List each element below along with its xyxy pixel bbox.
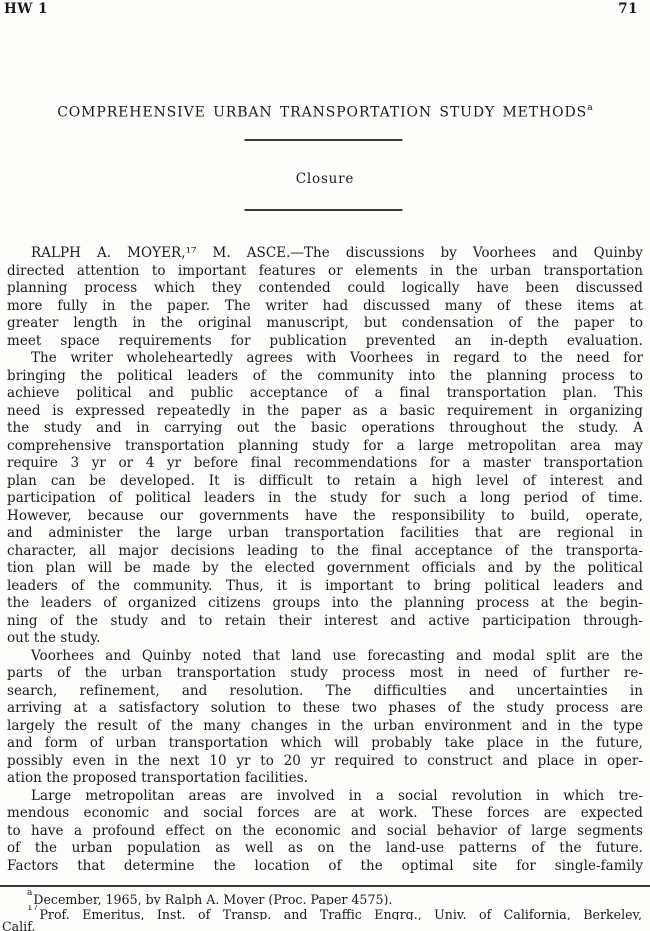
text-line: largely the result of the many changes i…: [7, 718, 643, 736]
text-line: the study and in carrying out the basic …: [7, 420, 643, 438]
text-line: the leaders of organized citizens groups…: [7, 595, 643, 613]
text-line: need is expressed repeatedly in the pape…: [7, 403, 643, 421]
article-title: COMPREHENSIVE URBAN TRANSPORTATION STUDY…: [0, 103, 650, 121]
text-line: more fully in the paper. The writer had …: [7, 298, 643, 316]
article-title-text: COMPREHENSIVE URBAN TRANSPORTATION STUDY…: [57, 105, 587, 121]
text-line: leaders of the community. Thus, it is im…: [7, 578, 643, 596]
paragraph: Voorhees and Quinby noted that land use …: [7, 648, 643, 788]
text-line: out the study.: [7, 630, 643, 648]
text-line: of the urban population as well as on th…: [7, 840, 643, 858]
text-line: The writer wholeheartedly agrees with Vo…: [7, 350, 643, 368]
title-footnote-marker: a: [587, 102, 593, 113]
text-line: aDecember, 1965, by Ralph A. Moyer (Proc…: [2, 890, 642, 905]
text-line: require 3 yr or 4 yr before final recomm…: [7, 455, 643, 473]
text-line: comprehensive transportation planning st…: [7, 438, 643, 456]
paragraph: RALPH A. MOYER,¹⁷ M. ASCE.—The discussio…: [7, 245, 643, 350]
text-line: Calif.: [2, 920, 642, 931]
text-line: planning process which they contended co…: [7, 280, 643, 298]
article-body: RALPH A. MOYER,¹⁷ M. ASCE.—The discussio…: [7, 245, 643, 875]
text-line: mendous economic and social forces are a…: [7, 805, 643, 823]
text-line: Factors that determine the location of t…: [7, 858, 643, 876]
footnotes: aDecember, 1965, by Ralph A. Moyer (Proc…: [2, 890, 642, 931]
text-line: bringing the political leaders of the co…: [7, 368, 643, 386]
running-header: HW 1 71: [4, 1, 638, 17]
text-line: plan can be developed. It is difficult t…: [7, 473, 643, 491]
footnote-separator: [0, 885, 650, 887]
text-line: Voorhees and Quinby noted that land use …: [7, 648, 643, 666]
paragraph: The writer wholeheartedly agrees with Vo…: [7, 350, 643, 648]
running-header-left: HW 1: [4, 1, 48, 17]
text-line: arriving at a satisfactory solution to t…: [7, 700, 643, 718]
text-line: ning of the study and to retain their in…: [7, 613, 643, 631]
text-line: directed attention to important features…: [7, 263, 643, 281]
text-line: achieve political and public acceptance …: [7, 385, 643, 403]
paragraph: aDecember, 1965, by Ralph A. Moyer (Proc…: [2, 890, 642, 905]
section-heading-closure: Closure: [0, 171, 650, 187]
footnote-marker: 17: [27, 905, 38, 913]
text-line: to have a profound effect on the economi…: [7, 823, 643, 841]
closure-rule-bottom: [244, 209, 402, 211]
text-line: parts of the urban transportation study …: [7, 665, 643, 683]
text-line: ation the proposed transportation facili…: [7, 770, 643, 788]
text-line: Large metropolitan areas are involved in…: [7, 788, 643, 806]
text-line: possibly even in the next 10 yr to 20 yr…: [7, 753, 643, 771]
text-line: participation of political leaders in th…: [7, 490, 643, 508]
scanned-page: HW 1 71 COMPREHENSIVE URBAN TRANSPORTATI…: [0, 0, 650, 931]
text-line: RALPH A. MOYER,¹⁷ M. ASCE.—The discussio…: [7, 245, 643, 263]
text-line: However, because our governments have th…: [7, 508, 643, 526]
text-line: meet space requirements for publication …: [7, 333, 643, 351]
text-line: search, refinement, and resolution. The …: [7, 683, 643, 701]
footnote-marker: a: [27, 890, 32, 898]
text-line: tion plan will be made by the elected go…: [7, 560, 643, 578]
text-line: 17Prof. Emeritus, Inst. of Transp. and T…: [2, 905, 642, 920]
page-number: 71: [618, 1, 638, 17]
paragraph: Large metropolitan areas are involved in…: [7, 788, 643, 876]
text-line: character, all major decisions leading t…: [7, 543, 643, 561]
closure-rule-top: [244, 139, 402, 141]
text-line: and form of urban transportation which w…: [7, 735, 643, 753]
paragraph: 17Prof. Emeritus, Inst. of Transp. and T…: [2, 905, 642, 931]
text-line: and administer the large urban transport…: [7, 525, 643, 543]
text-line: greater length in the original manuscrip…: [7, 315, 643, 333]
